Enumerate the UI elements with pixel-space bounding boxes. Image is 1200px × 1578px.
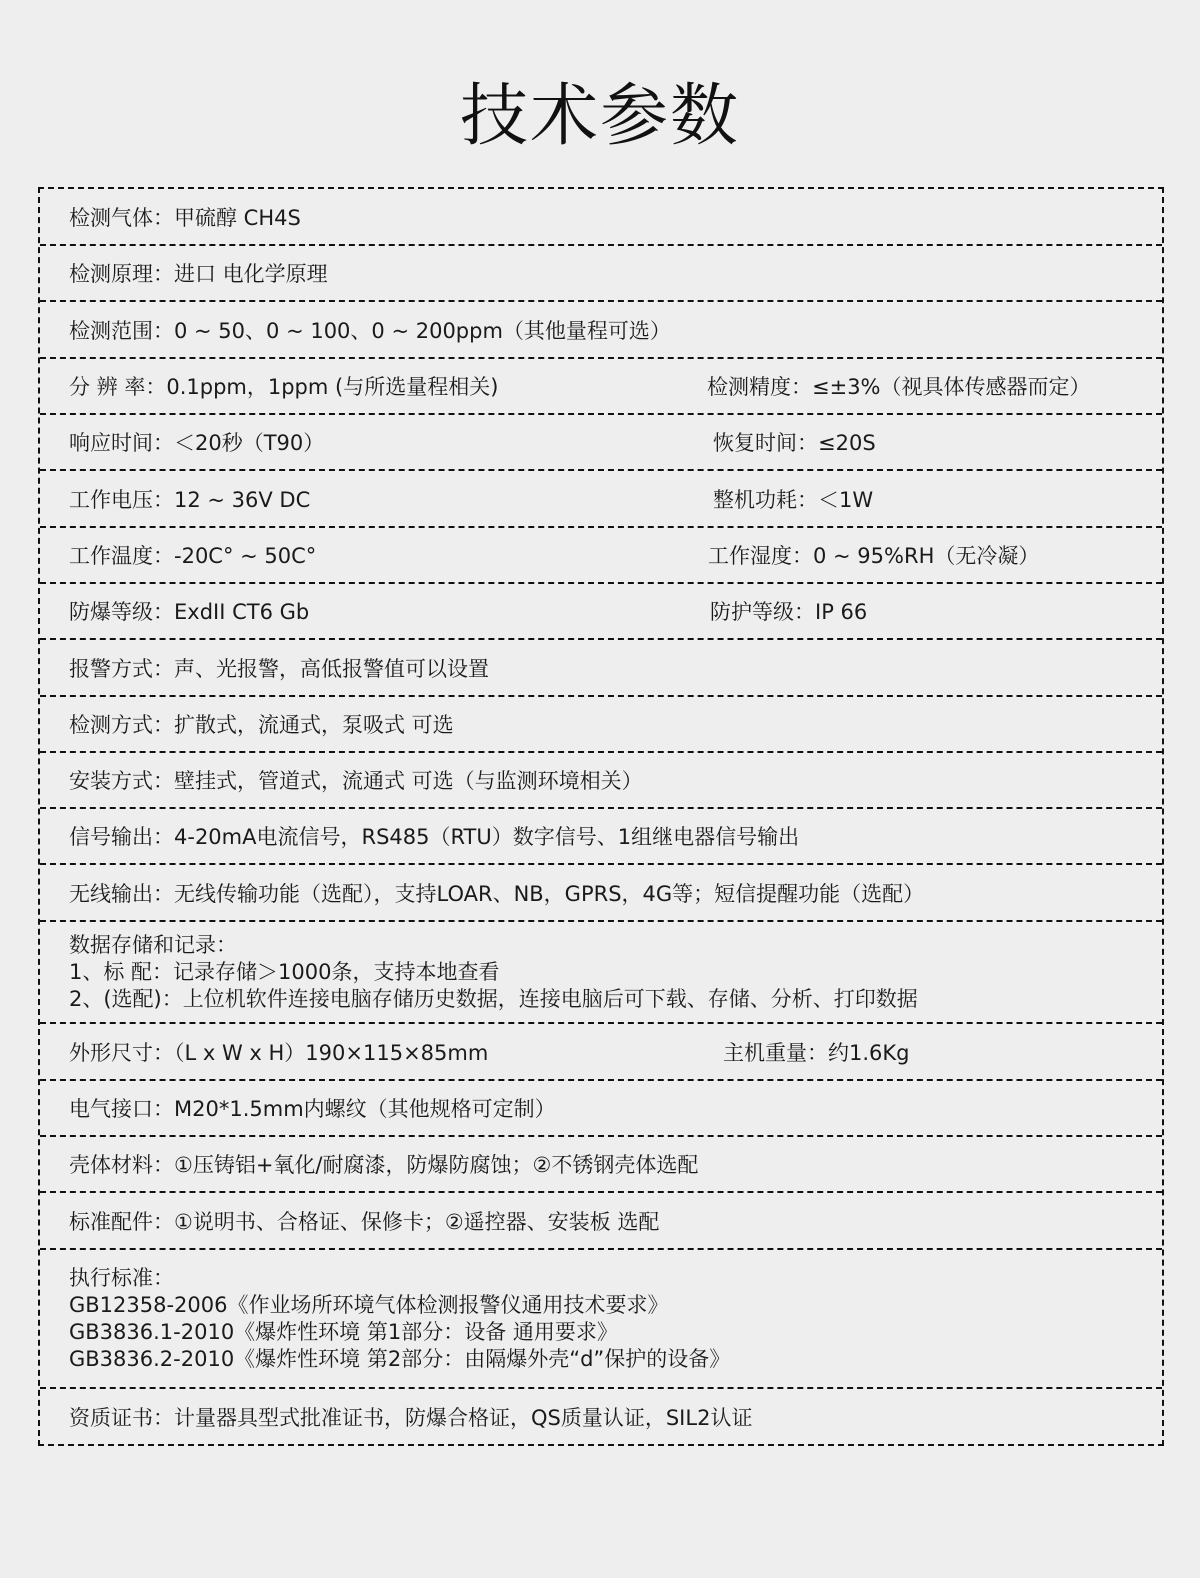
spec-voltage: 工作电压：12 ~ 36V DC: [40, 484, 310, 514]
spec-standard-item: GB3836.2-2010《爆炸性环境 第2部分：由隔爆外壳“d”保护的设备》: [69, 1346, 730, 1373]
spec-response-time: 响应时间：＜20秒（T90）: [40, 427, 324, 457]
spec-row-principle: 检测原理：进口 电化学原理: [40, 246, 1162, 302]
spec-standard-item: GB12358-2006《作业场所环境气体检测报警仪通用技术要求》: [69, 1292, 730, 1319]
spec-standards-heading: 执行标准：: [69, 1265, 730, 1292]
spec-electrical-interface: 电气接口：M20*1.5mm内螺纹（其他规格可定制）: [40, 1093, 556, 1123]
spec-row-temperature: 工作温度：-20C° ~ 50C° 工作湿度：0 ~ 95%RH（无冷凝）: [40, 528, 1162, 584]
spec-range: 检测范围：0 ~ 50、0 ~ 100、0 ~ 200ppm（其他量程可选）: [40, 315, 671, 345]
spec-standard-item: GB3836.1-2010《爆炸性环境 第1部分：设备 通用要求》: [69, 1319, 730, 1346]
spec-alarm: 报警方式：声、光报警，高低报警值可以设置: [40, 653, 489, 683]
spec-storage: 数据存储和记录： 1、标 配：记录存储＞1000条，支持本地查看 2、(选配)：…: [40, 932, 918, 1013]
spec-row-interface: 电气接口：M20*1.5mm内螺纹（其他规格可定制）: [40, 1081, 1162, 1137]
spec-dimensions: 外形尺寸：（L x W x H）190×115×85mm: [40, 1037, 488, 1067]
spec-row-gas: 检测气体：甲硫醇 CH4S: [40, 189, 1162, 246]
spec-row-signal: 信号输出：4-20mA电流信号，RS485（RTU）数字信号、1组继电器信号输出: [40, 809, 1162, 865]
spec-certificates: 资质证书：计量器具型式批准证书，防爆合格证，QS质量认证，SIL2认证: [40, 1402, 752, 1432]
spec-storage-optional: 2、(选配)：上位机软件连接电脑存储历史数据，连接电脑后可下载、存储、分析、打印…: [69, 986, 918, 1013]
spec-protection-rating: 防护等级：IP 66: [710, 596, 867, 626]
spec-row-dimensions: 外形尺寸：（L x W x H）190×115×85mm 主机重量：约1.6Kg: [40, 1024, 1162, 1081]
spec-power: 整机功耗：＜1W: [713, 484, 873, 514]
spec-row-storage: 数据存储和记录： 1、标 配：记录存储＞1000条，支持本地查看 2、(选配)：…: [40, 922, 1162, 1024]
spec-row-voltage: 工作电压：12 ~ 36V DC 整机功耗：＜1W: [40, 471, 1162, 528]
spec-accuracy: 检测精度：≤±3%（视具体传感器而定）: [707, 371, 1091, 401]
spec-detection-mode: 检测方式：扩散式，流通式，泵吸式 可选: [40, 709, 454, 739]
spec-installation: 安装方式：壁挂式，管道式，流通式 可选（与监测环境相关）: [40, 765, 643, 795]
spec-humidity: 工作湿度：0 ~ 95%RH（无冷凝）: [708, 540, 1039, 570]
spec-row-response: 响应时间：＜20秒（T90） 恢复时间：≤20S: [40, 415, 1162, 471]
spec-gas: 检测气体：甲硫醇 CH4S: [40, 202, 301, 232]
spec-resolution: 分 辨 率：0.1ppm，1ppm (与所选量程相关): [40, 371, 498, 401]
spec-row-explosion: 防爆等级：ExdII CT6 Gb 防护等级：IP 66: [40, 584, 1162, 640]
spec-row-resolution: 分 辨 率：0.1ppm，1ppm (与所选量程相关) 检测精度：≤±3%（视具…: [40, 359, 1162, 415]
spec-storage-standard: 1、标 配：记录存储＞1000条，支持本地查看: [69, 959, 918, 986]
spec-row-alarm: 报警方式：声、光报警，高低报警值可以设置: [40, 640, 1162, 697]
spec-temperature: 工作温度：-20C° ~ 50C°: [40, 540, 316, 570]
page-title: 技术参数: [0, 72, 1200, 162]
spec-accessories: 标准配件：①说明书、合格证、保修卡；②遥控器、安装板 选配: [40, 1206, 659, 1236]
spec-housing-material: 壳体材料：①压铸铝+氧化/耐腐漆，防爆防腐蚀；②不锈钢壳体选配: [40, 1149, 698, 1179]
spec-row-certificates: 资质证书：计量器具型式批准证书，防爆合格证，QS质量认证，SIL2认证: [40, 1389, 1162, 1444]
spec-weight: 主机重量：约1.6Kg: [723, 1037, 910, 1067]
spec-signal-output: 信号输出：4-20mA电流信号，RS485（RTU）数字信号、1组继电器信号输出: [40, 821, 799, 851]
spec-row-wireless: 无线输出：无线传输功能（选配），支持LOAR、NB，GPRS，4G等；短信提醒功…: [40, 865, 1162, 922]
spec-principle: 检测原理：进口 电化学原理: [40, 258, 328, 288]
spec-wireless-output: 无线输出：无线传输功能（选配），支持LOAR、NB，GPRS，4G等；短信提醒功…: [40, 878, 924, 908]
spec-row-range: 检测范围：0 ~ 50、0 ~ 100、0 ~ 200ppm（其他量程可选）: [40, 302, 1162, 359]
spec-row-installation: 安装方式：壁挂式，管道式，流通式 可选（与监测环境相关）: [40, 753, 1162, 809]
spec-row-housing: 壳体材料：①压铸铝+氧化/耐腐漆，防爆防腐蚀；②不锈钢壳体选配: [40, 1137, 1162, 1193]
spec-row-detection-mode: 检测方式：扩散式，流通式，泵吸式 可选: [40, 697, 1162, 753]
spec-standards: 执行标准： GB12358-2006《作业场所环境气体检测报警仪通用技术要求》 …: [40, 1265, 730, 1373]
spec-recovery-time: 恢复时间：≤20S: [713, 427, 876, 457]
spec-storage-heading: 数据存储和记录：: [69, 932, 918, 959]
spec-table: 检测气体：甲硫醇 CH4S 检测原理：进口 电化学原理 检测范围：0 ~ 50、…: [38, 187, 1164, 1446]
spec-row-accessories: 标准配件：①说明书、合格证、保修卡；②遥控器、安装板 选配: [40, 1193, 1162, 1250]
spec-explosion-rating: 防爆等级：ExdII CT6 Gb: [40, 596, 309, 626]
spec-row-standards: 执行标准： GB12358-2006《作业场所环境气体检测报警仪通用技术要求》 …: [40, 1250, 1162, 1389]
